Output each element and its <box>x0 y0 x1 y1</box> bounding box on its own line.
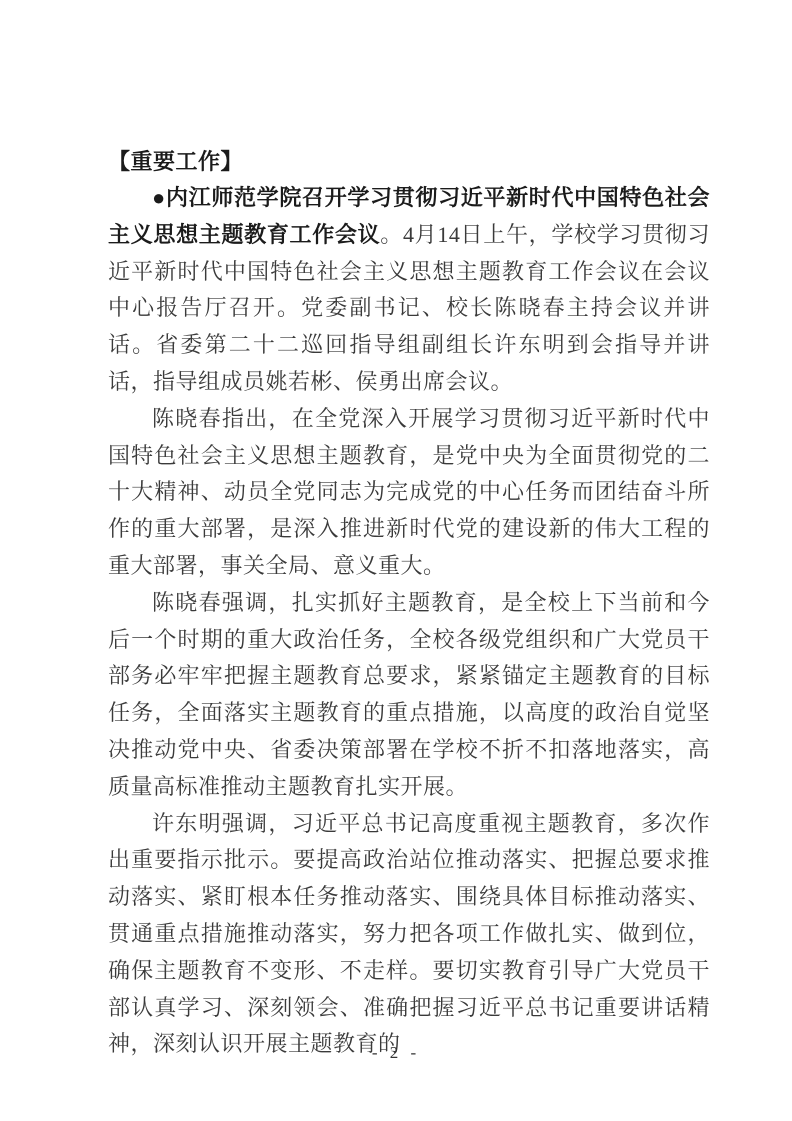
section-header: 【重要工作】 <box>108 143 710 180</box>
document-content: 【重要工作】 ●内江师范学院召开学习贯彻习近平新时代中国特色社会主义思想主题教育… <box>108 143 710 1063</box>
page-number: - 2 - <box>0 1041 792 1065</box>
paragraph-chen-xiaochun-emphasized: 陈晓春强调，扎实抓好主题教育，是全校上下当前和今后一个时期的重大政治任务，全校各… <box>108 585 710 806</box>
lead-paragraph: ●内江师范学院召开学习贯彻习近平新时代中国特色社会主义思想主题教育工作会议。4月… <box>108 180 710 401</box>
lead-body-text: 。4月14日上午，学校学习贯彻习近平新时代中国特色社会主义思想主题教育工作会议在… <box>108 222 710 394</box>
document-page: 【重要工作】 ●内江师范学院召开学习贯彻习近平新时代中国特色社会主义思想主题教育… <box>0 0 792 1121</box>
paragraph-xu-dongming-emphasized: 许东明强调，习近平总书记高度重视主题教育，多次作出重要指示批示。要提高政治站位推… <box>108 806 710 1064</box>
paragraph-chen-xiaochun-pointed-out: 陈晓春指出，在全党深入开展学习贯彻习近平新时代中国特色社会主义思想主题教育，是党… <box>108 401 710 585</box>
